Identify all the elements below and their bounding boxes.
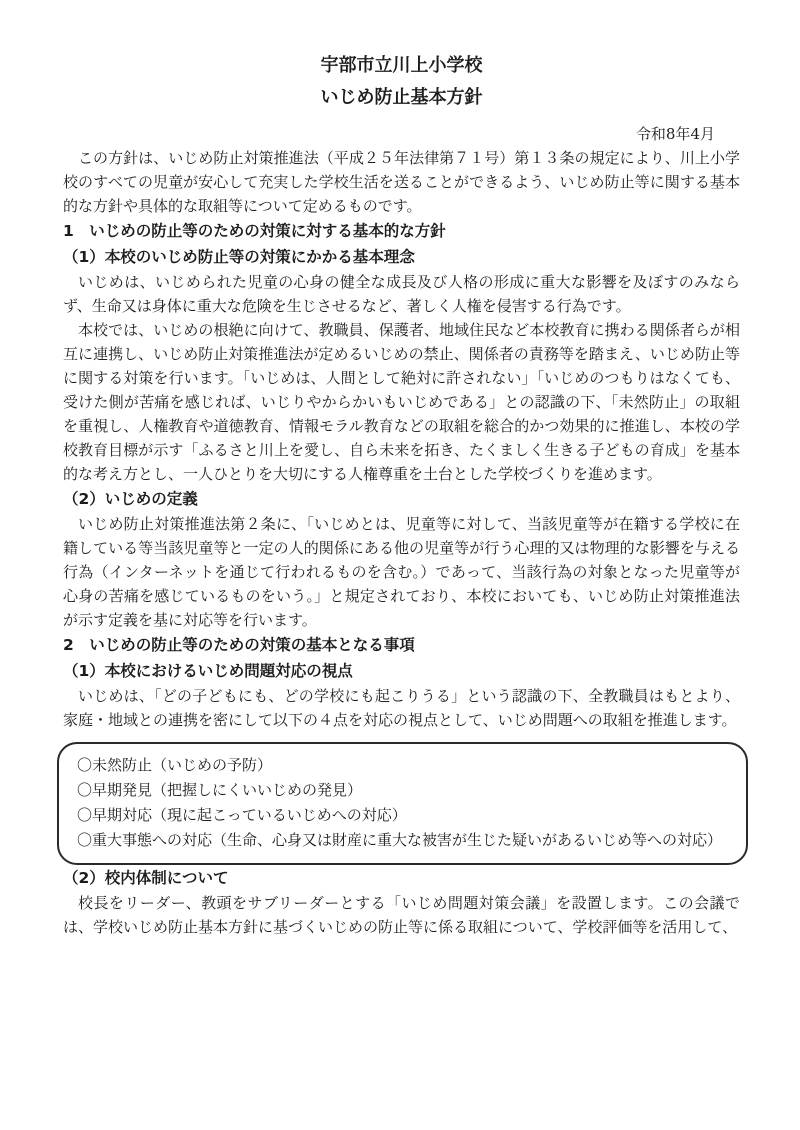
section1-sub2-heading: （2）いじめの定義	[63, 486, 740, 512]
section1-sub2-paragraph1: いじめ防止対策推進法第２条に、「いじめとは、児童等に対して、当該児童等が在籍する…	[63, 512, 740, 632]
response-viewpoints-box: 〇未然防止（いじめの予防） 〇早期発見（把握しにくいいじめの発見） 〇早期対応（…	[57, 742, 748, 865]
section1-heading: 1 いじめの防止等のための対策に対する基本的な方針	[63, 218, 740, 244]
section2-heading: 2 いじめの防止等のための対策の基本となる事項	[63, 632, 740, 658]
section2-sub2-paragraph1: 校長をリーダー、教頭をサブリーダーとする「いじめ問題対策会議」を設置します。この…	[63, 891, 740, 939]
school-name: 宇部市立川上小学校	[63, 50, 740, 82]
section1-sub1-heading: （1）本校のいじめ防止等の対策にかかる基本理念	[63, 244, 740, 270]
document-title: いじめ防止基本方針	[63, 82, 740, 114]
section2-sub2-heading: （2）校内体制について	[63, 865, 740, 891]
viewpoint-item-prevention: 〇未然防止（いじめの予防）	[77, 753, 730, 778]
intro-paragraph: この方針は、いじめ防止対策推進法（平成２５年法律第７１号）第１３条の規定により、…	[63, 146, 740, 218]
section2-sub1-heading: （1）本校におけるいじめ問題対応の視点	[63, 658, 740, 684]
section1-sub1-paragraph1: いじめは、いじめられた児童の心身の健全な成長及び人格の形成に重大な影響を及ぼすの…	[63, 270, 740, 318]
section2-sub1-paragraph1: いじめは、「どの子どもにも、どの学校にも起こりうる」という認識の下、全教職員はも…	[63, 684, 740, 732]
section1-sub1-paragraph2: 本校では、いじめの根絶に向けて、教職員、保護者、地域住民など本校教育に携わる関係…	[63, 318, 740, 486]
document-page: 宇部市立川上小学校 いじめ防止基本方針 令和8年4月 この方針は、いじめ防止対策…	[0, 0, 800, 1130]
viewpoint-item-early-detection: 〇早期発見（把握しにくいいじめの発見）	[77, 778, 730, 803]
viewpoint-item-early-response: 〇早期対応（現に起こっているいじめへの対応）	[77, 803, 730, 828]
document-header: 宇部市立川上小学校 いじめ防止基本方針	[63, 50, 740, 114]
document-date: 令和8年4月	[63, 122, 740, 146]
viewpoint-item-serious-incident: 〇重大事態への対応（生命、心身又は財産に重大な被害が生じた疑いがあるいじめ等への…	[77, 828, 730, 853]
